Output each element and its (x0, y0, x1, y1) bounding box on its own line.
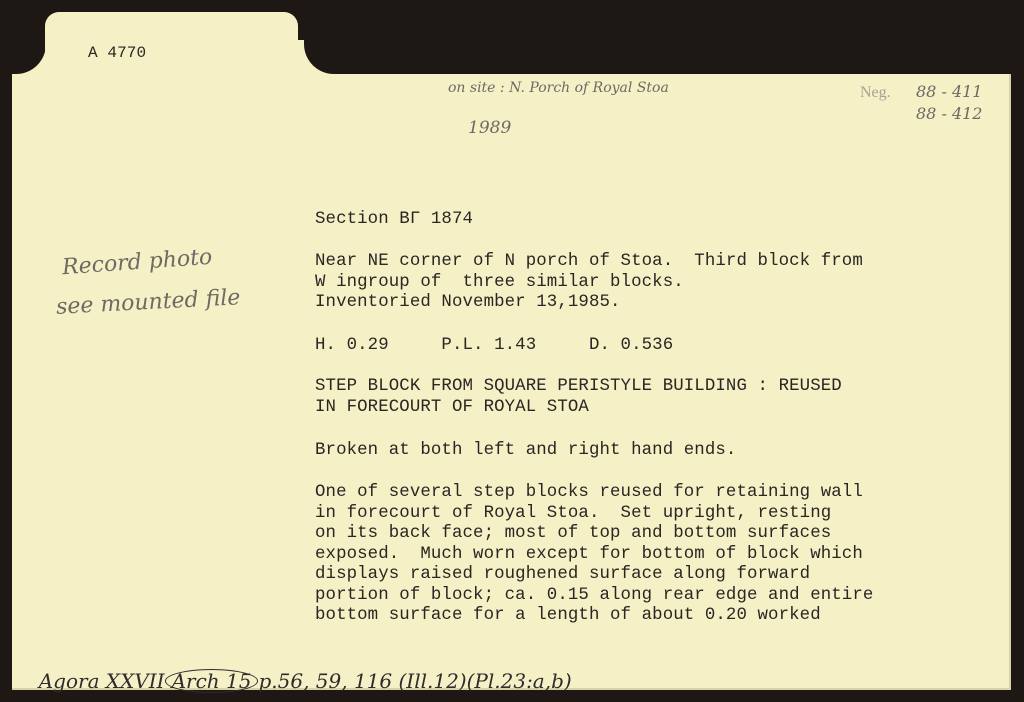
description-line: in forecourt of Royal Stoa. Set upright,… (315, 504, 831, 525)
dimensions: H. 0.29 P.L. 1.43 D. 0.536 (315, 336, 673, 355)
object-title-line: IN FORECOURT OF ROYAL STOA (315, 398, 589, 419)
inventory-number: A 4770 (88, 44, 146, 62)
description-line: exposed. Much worn except for bottom of … (315, 545, 863, 566)
location-line: W ingroup of three similar blocks. (315, 273, 684, 294)
location-line: Inventoried November 13,1985. (315, 293, 621, 314)
description-line: bottom surface for a length of about 0.2… (315, 606, 821, 627)
description-line: portion of block; ca. 0.15 along rear ed… (315, 586, 873, 607)
reference-pages: p.56, 59, 116 (Ill.12)(Pl.23:a,b) (258, 669, 571, 693)
circled-reference: Arch 15 (165, 669, 259, 693)
index-card-tab (45, 12, 298, 82)
location-line: Near NE corner of N porch of Stoa. Third… (315, 252, 863, 273)
object-title-line: STEP BLOCK FROM SQUARE PERISTYLE BUILDIN… (315, 377, 842, 398)
site-note: on site : N. Porch of Royal Stoa (448, 80, 669, 96)
negative-number: 88 - 412 (916, 104, 982, 123)
description-line: displays raised roughened surface along … (315, 565, 810, 586)
condition-note: Broken at both left and right hand ends. (315, 441, 736, 460)
negative-number: 88 - 411 (916, 82, 982, 101)
reference-prefix: Agora XXVII (39, 669, 165, 693)
publication-reference: Agora XXVIIArch 15p.56, 59, 116 (Ill.12)… (26, 645, 572, 693)
description-line: One of several step blocks reused for re… (315, 483, 863, 504)
section-heading: Section ΒΓ 1874 (315, 210, 473, 229)
year-note: 1989 (468, 118, 511, 138)
description-line: on its back face; most of top and bottom… (315, 524, 831, 545)
negative-label: Neg. (860, 84, 891, 102)
